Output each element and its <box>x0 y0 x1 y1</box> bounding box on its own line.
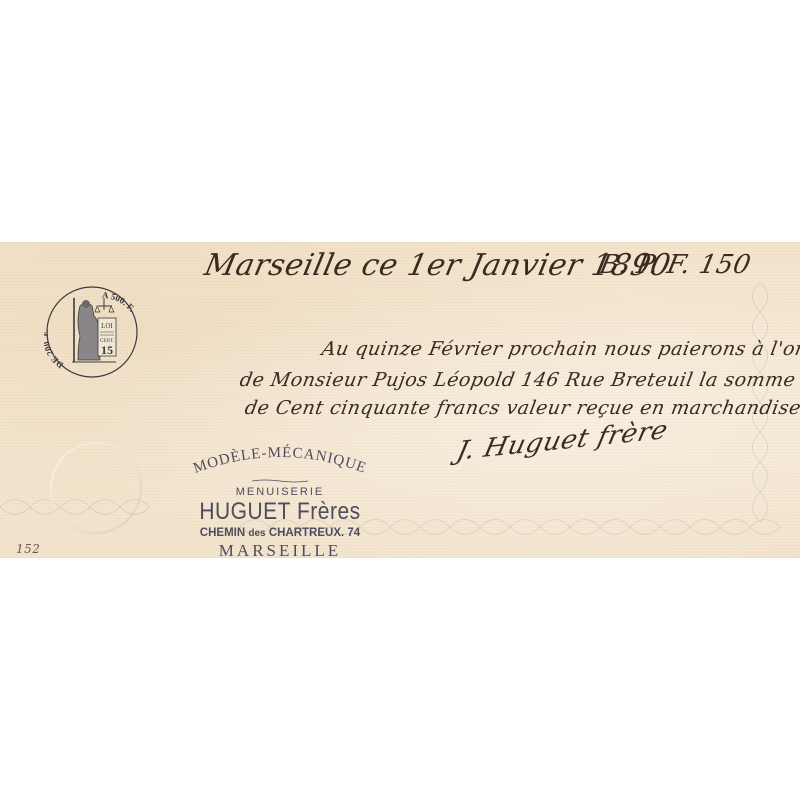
letterhead-city: MARSEILLE <box>150 541 410 558</box>
tax-stamp-justice-icon: DE 200. F. A 500. F. LOI CENT. 15 <box>44 284 140 380</box>
body-line-1: Au quinze Février prochain nous paierons… <box>320 338 800 360</box>
letterhead-arc-title: MODÈLE-MÉCANIQUE <box>150 442 410 476</box>
company-letterhead: MODÈLE-MÉCANIQUE MENUISERIE HUGUET Frère… <box>150 442 410 558</box>
letterhead-address: CHEMIN des CHARTREUX. 74 <box>150 527 410 539</box>
body-line-2: de Monsieur Pujos Léopold 146 Rue Breteu… <box>238 369 797 391</box>
bill-of-exchange-paper: DE 200. F. A 500. F. LOI CENT. 15 Marsei… <box>0 242 800 558</box>
embossed-seal <box>50 442 142 534</box>
body-line-3: de Cent cinquante francs valeur reçue en… <box>243 397 800 419</box>
svg-text:15: 15 <box>101 343 113 357</box>
signature: J. Huguet frère <box>454 415 671 466</box>
svg-text:A 500. F.: A 500. F. <box>102 290 137 314</box>
bill-reference-amount: B. P. F. 150 <box>597 250 754 280</box>
svg-text:DE 200. F.: DE 200. F. <box>44 329 65 371</box>
corner-note: 152 <box>16 542 40 556</box>
ornament-divider <box>250 478 310 484</box>
letterhead-trade: MENUISERIE <box>150 486 410 498</box>
svg-text:LOI: LOI <box>101 322 113 330</box>
letterhead-company: HUGUET Frères <box>150 498 410 526</box>
svg-text:MODÈLE-MÉCANIQUE: MODÈLE-MÉCANIQUE <box>191 444 369 476</box>
